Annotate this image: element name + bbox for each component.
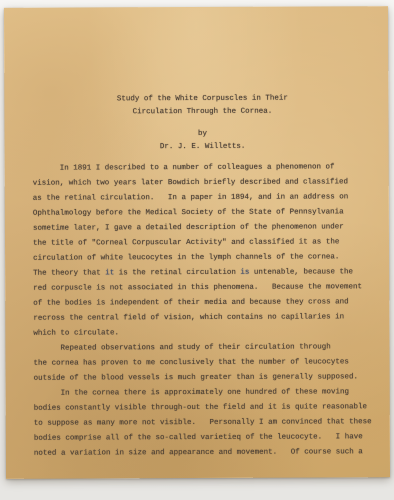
typewritten-line: In 1891 I described to a number of colle…	[33, 160, 373, 176]
document-heading: Study of the White Corpuscles in Their C…	[32, 92, 372, 154]
typewritten-body: In 1891 I described to a number of colle…	[33, 160, 374, 461]
document-page: Study of the White Corpuscles in Their C…	[4, 6, 390, 479]
typewritten-line: vision, which two years later Bowdich br…	[33, 175, 373, 191]
document-title-line-2: Circulation Through the Cornea.	[32, 105, 372, 119]
overtyped-word: it	[105, 269, 114, 277]
typewritten-line: the title of "Corneal Corpuscular Activi…	[33, 235, 373, 251]
typewritten-line: The theory that it is the retinal circul…	[33, 265, 373, 281]
typewritten-line: red corpuscle is not associated in this …	[33, 280, 373, 296]
typewritten-line: of the bodies is independent of their me…	[33, 295, 373, 311]
typewritten-line: In the cornea there is approximately one…	[34, 385, 374, 401]
scanned-photo-background: Study of the White Corpuscles in Their C…	[0, 0, 394, 500]
typewritten-line: as the retinal circulation. In a paper i…	[33, 190, 373, 206]
typewritten-line: the cornea has proven to me conclusively…	[33, 355, 373, 371]
typewritten-line: recross the central field of vision, whi…	[33, 310, 373, 326]
typewritten-line: to suppose as many more not visible. Per…	[34, 415, 374, 431]
typewritten-line: Ophthalmology before the Medical Society…	[33, 205, 373, 221]
typewritten-line: circulation of white leucocytes in the l…	[33, 250, 373, 266]
typewritten-line: bodies comprise all of the so-called var…	[34, 430, 374, 446]
typewritten-line: sometime later, I gave a detailed descri…	[33, 220, 373, 236]
typewritten-line: which to circulate.	[33, 325, 373, 341]
typewritten-line: outside of the blood vessels is much gre…	[34, 370, 374, 386]
typewritten-line: bodies constantly visible through-out th…	[34, 400, 374, 416]
typewritten-content: Study of the White Corpuscles in Their C…	[32, 92, 374, 461]
typewritten-line: Repeated observations and study of their…	[33, 340, 373, 356]
typewritten-line: noted a variation in size and appearance…	[34, 445, 374, 461]
document-author: Dr. J. E. Willetts.	[33, 140, 373, 154]
overtyped-word: is	[240, 269, 249, 277]
